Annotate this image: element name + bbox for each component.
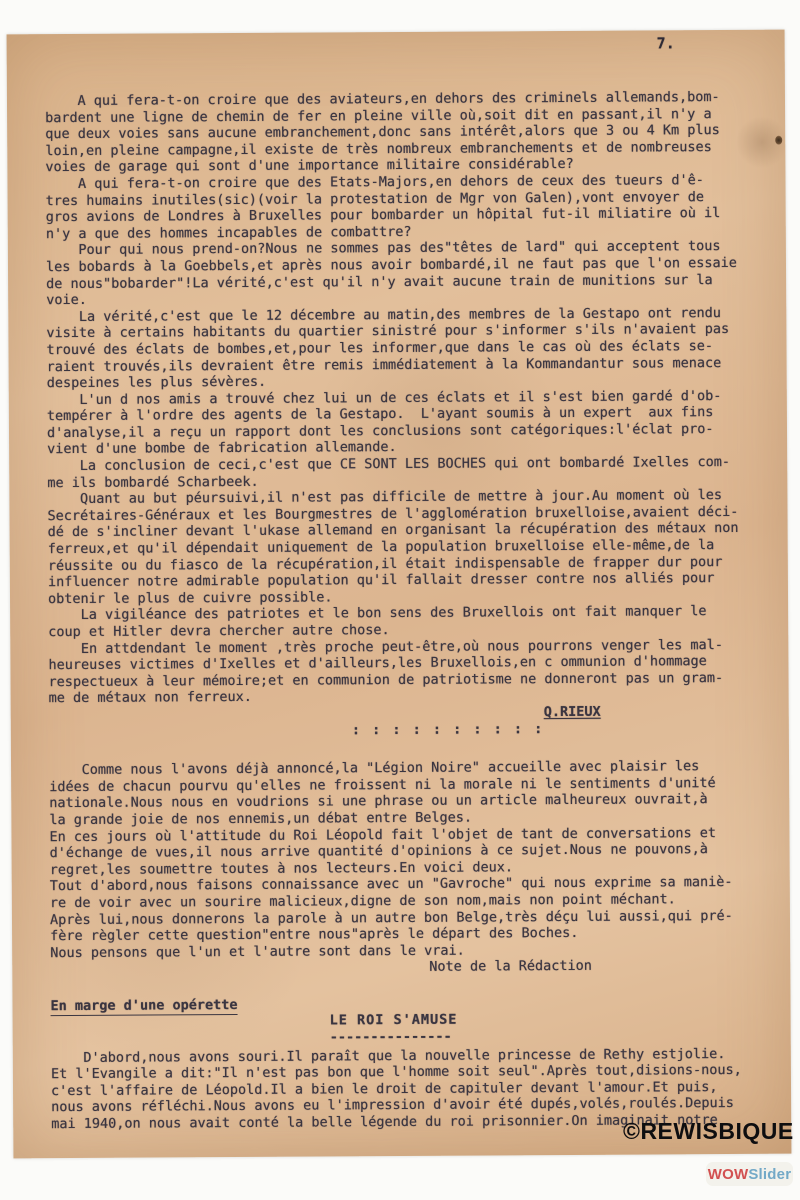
- section-heading-text: En marge d'une opérette: [50, 997, 237, 1016]
- document-page: 7. A qui fera-t-on croire que des aviate…: [7, 30, 792, 1159]
- wowslider-badge-wow: WOW: [708, 1166, 749, 1183]
- paper-stain: [775, 136, 782, 145]
- section-separator: : : : : : : : : : :: [49, 719, 769, 740]
- article-title-underline: ---------------: [51, 1027, 771, 1048]
- page-number: 7.: [657, 34, 675, 52]
- wowslider-badge-slider: Slider: [748, 1166, 791, 1183]
- slider-viewport: 7. A qui fera-t-on croire que des aviate…: [0, 0, 800, 1200]
- copyright-watermark: ©REWISBIQUE: [623, 1118, 794, 1145]
- article-2-body: Comme nous l'avons déjà annoncé,la "Légi…: [49, 758, 770, 962]
- typewritten-text-column: A qui fera-t-on croire que des aviateurs…: [45, 89, 771, 1133]
- wowslider-badge[interactable]: WOWSlider: [706, 1162, 793, 1186]
- article-1-body: A qui fera-t-on croire que des aviateurs…: [45, 89, 769, 707]
